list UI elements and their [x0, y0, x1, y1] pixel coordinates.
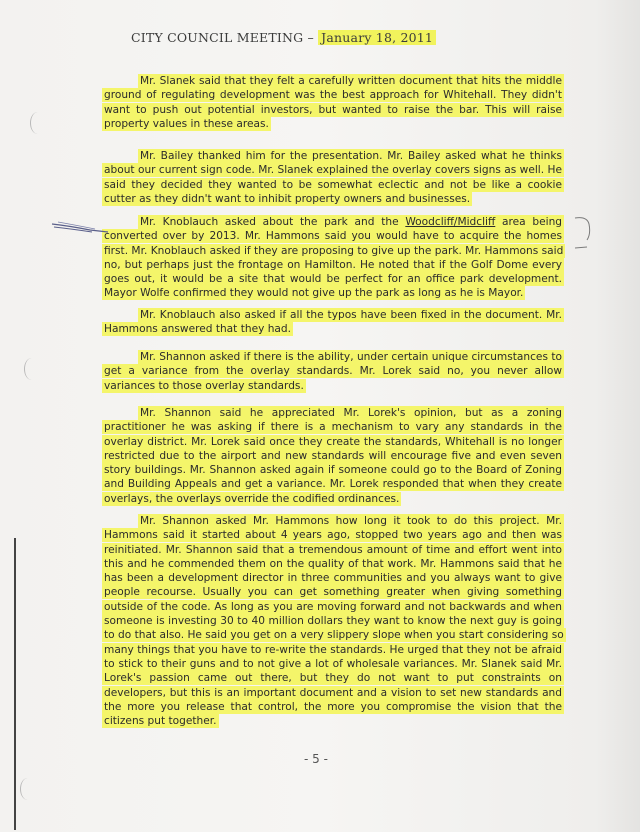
paragraph-text: Mr. Shannon said he appreciated Mr. Lore… — [102, 406, 564, 506]
paragraph-knoblauch-park: Mr. Knoblauch asked about the park and t… — [102, 215, 564, 301]
punch-hole-mark — [30, 112, 45, 134]
margin-pen-line — [14, 538, 16, 830]
paragraph-slanek-document: Mr. Slanek said that they felt a careful… — [102, 74, 564, 131]
paragraph-text: Mr. Shannon asked Mr. Hammons how long i… — [102, 514, 566, 728]
document-page: CITY COUNCIL MEETING – January 18, 2011 … — [0, 0, 640, 832]
paragraph-text: Mr. Knoblauch also asked if all the typo… — [102, 308, 564, 336]
paragraph-text: Mr. Shannon asked if there is the abilit… — [102, 350, 564, 393]
paragraph-shannon-mechanism: Mr. Shannon said he appreciated Mr. Lore… — [102, 406, 564, 506]
page-header: CITY COUNCIL MEETING – January 18, 2011 — [131, 30, 436, 45]
paragraph-text: Mr. Bailey thanked him for the presentat… — [102, 149, 564, 206]
punch-hole-mark — [24, 358, 39, 380]
pen-scribble-arrow-icon — [50, 221, 110, 235]
punch-hole-mark — [20, 778, 35, 800]
paragraph-bailey-sign-code: Mr. Bailey thanked him for the presentat… — [102, 149, 564, 206]
page-number: - 5 - — [304, 752, 328, 766]
header-title: CITY COUNCIL MEETING — [131, 30, 303, 45]
paragraph-text: area being converted over by 2013. Mr. H… — [104, 216, 563, 299]
paragraph-text: Mr. Knoblauch asked about the park and t… — [140, 216, 405, 228]
paragraph-knoblauch-typos: Mr. Knoblauch also asked if all the typo… — [102, 308, 564, 337]
header-separator: – — [303, 30, 318, 45]
pen-bracket-mark-icon — [573, 216, 595, 252]
underlined-place-name: Woodcliff/Midcliff — [405, 216, 495, 228]
paragraph-text: Mr. Slanek said that they felt a careful… — [102, 74, 564, 131]
paragraph-shannon-project: Mr. Shannon asked Mr. Hammons how long i… — [102, 514, 564, 728]
paragraph-shannon-variance: Mr. Shannon asked if there is the abilit… — [102, 350, 564, 393]
header-date: January 18, 2011 — [318, 30, 436, 45]
